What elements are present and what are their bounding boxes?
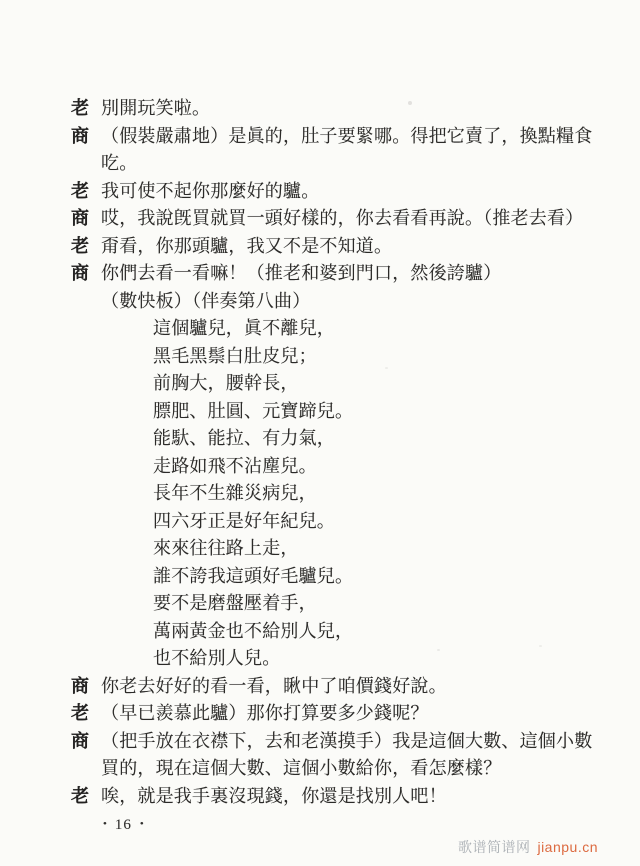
line-text: 黑毛黑鬃白肚皮兒；	[153, 346, 317, 366]
speaker-label: 商	[71, 205, 89, 233]
script-line: 要不是磨盤壓着手，	[0, 590, 640, 618]
speaker-label: 商	[71, 260, 89, 288]
line-text: （假裝嚴肅地）是眞的，肚子要緊哪。得把它賣了，換點糧食	[101, 126, 592, 146]
line-text: 萬兩黃金也不給別人兒，	[153, 621, 353, 641]
script-line: 商你們去看一看嘛！（推老和婆到門口，然後誇驢）	[0, 260, 640, 288]
script-line: 買的，現在這個大數、這個小數給你，看怎麼樣？	[0, 755, 640, 783]
scan-speck	[539, 645, 542, 647]
line-text: 你老去好好的看一看，瞅中了咱價錢好說。	[101, 676, 447, 696]
line-text: 這個驢兒，眞不離兒，	[153, 318, 335, 338]
page-number-dot-left: •	[103, 818, 107, 830]
script-line: 膘肥、肚圓、元寶蹄兒。	[0, 398, 640, 426]
line-text: 誰不誇我這頭好毛驢兒。	[153, 566, 353, 586]
line-text: 來來往往路上走，	[153, 538, 299, 558]
line-text: （把手放在衣襟下，去和老漢摸手）我是這個大數、這個小數	[101, 731, 592, 751]
speaker-label: 商	[71, 123, 89, 151]
script-text-block: 老別開玩笑啦。商（假裝嚴肅地）是眞的，肚子要緊哪。得把它賣了，換點糧食吃。老我可…	[0, 0, 640, 810]
speaker-label: 商	[71, 673, 89, 701]
script-line: 誰不誇我這頭好毛驢兒。	[0, 563, 640, 591]
script-line: 來來往往路上走，	[0, 535, 640, 563]
script-line: 吃。	[0, 150, 640, 178]
scan-speck	[408, 101, 412, 105]
line-text: （早已羨慕此驢）那你打算要多少錢呢？	[101, 703, 429, 723]
script-line: 也不給別人兒。	[0, 645, 640, 673]
script-line: 能馱、能拉、有力氣，	[0, 425, 640, 453]
line-text: 前胸大，腰幹長，	[153, 373, 299, 393]
line-text: 甭看，你那頭驢，我又不是不知道。	[101, 236, 392, 256]
line-text: 我可使不起你那麼好的驢。	[101, 181, 319, 201]
speaker-label: 老	[71, 783, 89, 811]
script-line: 長年不生雜災病兒，	[0, 480, 640, 508]
script-line: 商（假裝嚴肅地）是眞的，肚子要緊哪。得把它賣了，換點糧食	[0, 123, 640, 151]
page-number-value: 16	[115, 817, 132, 833]
line-text: 膘肥、肚圓、元寶蹄兒。	[153, 401, 353, 421]
script-line: 商你老去好好的看一看，瞅中了咱價錢好說。	[0, 673, 640, 701]
script-line: 老（早已羨慕此驢）那你打算要多少錢呢？	[0, 700, 640, 728]
script-line: 老甭看，你那頭驢，我又不是不知道。	[0, 233, 640, 261]
line-text: 別開玩笑啦。	[101, 98, 210, 118]
script-line: 這個驢兒，眞不離兒，	[0, 315, 640, 343]
scanned-script-page: 老別開玩笑啦。商（假裝嚴肅地）是眞的，肚子要緊哪。得把它賣了，換點糧食吃。老我可…	[0, 0, 640, 866]
watermark-site-url[interactable]: jianpu.cn	[537, 839, 598, 855]
page-number: •16•	[0, 817, 640, 834]
speaker-label: 老	[71, 700, 89, 728]
scan-speck	[385, 367, 388, 369]
script-line: 前胸大，腰幹長，	[0, 370, 640, 398]
scan-speck	[565, 216, 568, 219]
script-line: 四六牙正是好年紀兒。	[0, 508, 640, 536]
line-text: 長年不生雜災病兒，	[153, 483, 317, 503]
script-line: （數快板）（伴奏第八曲）	[0, 288, 640, 316]
watermark-site-name: 歌谱简谱网	[458, 839, 531, 855]
script-line: 老唉，就是我手裏沒現錢，你還是找別人吧！	[0, 783, 640, 811]
script-line: 黑毛黑鬃白肚皮兒；	[0, 343, 640, 371]
line-text: 哎，我說旣買就買一頭好樣的，你去看看再說。（推老去看）	[101, 208, 583, 228]
script-line: 萬兩黃金也不給別人兒，	[0, 618, 640, 646]
line-text: （數快板）（伴奏第八曲）	[101, 291, 310, 311]
script-line: 老我可使不起你那麼好的驢。	[0, 178, 640, 206]
script-line: 走路如飛不沾塵兒。	[0, 453, 640, 481]
scan-speck	[437, 649, 440, 651]
speaker-label: 老	[71, 178, 89, 206]
speaker-label: 老	[71, 233, 89, 261]
script-line: 老別開玩笑啦。	[0, 95, 640, 123]
line-text: 你們去看一看嘛！（推老和婆到門口，然後誇驢）	[101, 263, 501, 283]
watermark: 歌谱简谱网jianpu.cn	[458, 837, 598, 857]
speaker-label: 商	[71, 728, 89, 756]
line-text: 要不是磨盤壓着手，	[153, 593, 317, 613]
line-text: 也不給別人兒。	[153, 648, 280, 668]
line-text: 吃。	[101, 153, 137, 173]
line-text: 唉，就是我手裏沒現錢，你還是找別人吧！	[101, 786, 447, 806]
page-number-dot-right: •	[140, 818, 144, 830]
line-text: 走路如飛不沾塵兒。	[153, 456, 317, 476]
speaker-label: 老	[71, 95, 89, 123]
script-line: 商哎，我說旣買就買一頭好樣的，你去看看再說。（推老去看）	[0, 205, 640, 233]
line-text: 四六牙正是好年紀兒。	[153, 511, 335, 531]
line-text: 能馱、能拉、有力氣，	[153, 428, 335, 448]
line-text: 買的，現在這個大數、這個小數給你，看怎麼樣？	[101, 758, 501, 778]
script-line: 商（把手放在衣襟下，去和老漢摸手）我是這個大數、這個小數	[0, 728, 640, 756]
